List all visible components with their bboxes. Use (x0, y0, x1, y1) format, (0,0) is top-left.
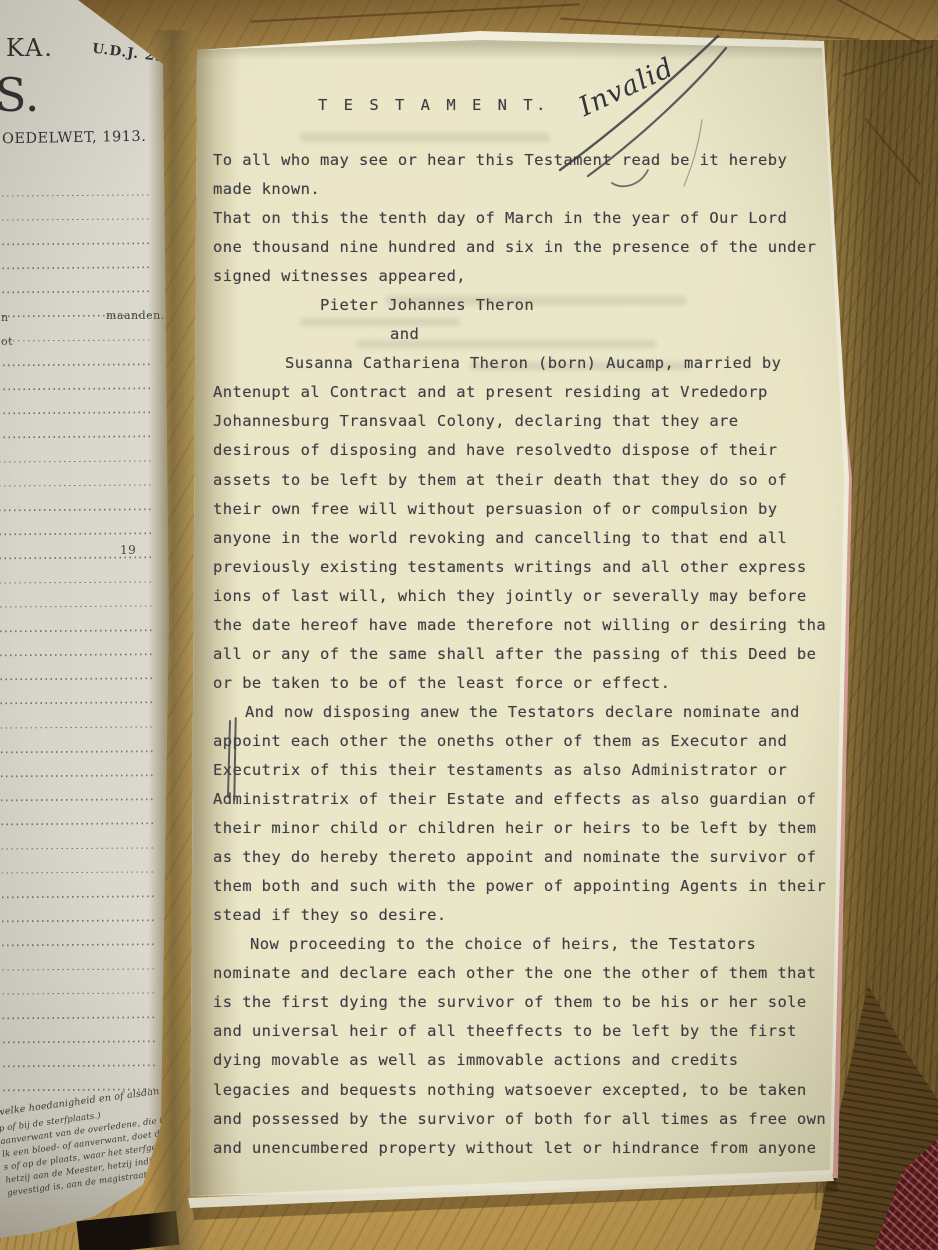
typed-line: appoint each other the oneths other of t… (213, 727, 853, 756)
typed-line: legacies and bequests nothing watsoever … (213, 1076, 853, 1105)
typed-line: as they do hereby thereto appoint and no… (213, 843, 853, 872)
typed-line: Now proceeding to the choice of heirs, t… (250, 930, 853, 959)
typed-line: one thousand nine hundred and six in the… (213, 233, 853, 262)
typed-line: all or any of the same shall after the p… (213, 640, 853, 669)
typed-line: Antenupt al Contract and at present resi… (213, 378, 853, 407)
typed-line: them both and such with the power of app… (213, 872, 853, 901)
typed-line: nominate and declare each other the one … (213, 959, 853, 988)
typed-line: stead if they so desire. (213, 901, 853, 930)
typed-line: their own free will without persuasion o… (213, 495, 853, 524)
typed-line: signed witnesses appeared, (213, 262, 853, 291)
typed-line: and (390, 320, 853, 349)
typed-line: assets to be left by them at their death… (213, 466, 853, 495)
typed-line: is the first dying the survivor of them … (213, 988, 853, 1017)
typed-line: and unencumbered property without let or… (213, 1134, 853, 1163)
typed-line: Susanna Cathariena Theron (born) Aucamp,… (285, 349, 853, 378)
typed-line: To all who may see or hear this Testamen… (213, 146, 853, 175)
typed-line: and possessed by the survivor of both fo… (213, 1105, 853, 1134)
typed-line: previously existing testaments writings … (213, 553, 853, 582)
typed-line: ions of last will, which they jointly or… (213, 582, 853, 611)
typed-line: anyone in the world revoking and cancell… (213, 524, 853, 553)
document-title: T E S T A M E N T. (318, 96, 549, 114)
typed-line: Administratrix of their Estate and effec… (213, 785, 853, 814)
typed-line: Johannesburg Transvaal Colony, declaring… (213, 407, 853, 436)
typed-line: or be taken to be of the least force or … (213, 669, 853, 698)
typed-line: And now disposing anew the Testators dec… (245, 698, 853, 727)
typed-lines: To all who may see or hear this Testamen… (213, 146, 853, 1163)
typed-line: and universal heir of all theeffects to … (213, 1017, 853, 1046)
typed-line: dying movable as well as immovable actio… (213, 1046, 853, 1075)
typed-line: made known. (213, 175, 853, 204)
typed-line: their minor child or children heir or he… (213, 814, 853, 843)
typed-content: T E S T A M E N T. To all who may see or… (0, 0, 938, 1250)
photographed-document: KA. U.D.J. 294. S. OEDELWET, 1913. maand… (0, 0, 938, 1250)
typed-line: desirous of disposing and have resolvedt… (213, 436, 853, 465)
typed-line: Pieter Johannes Theron (320, 291, 853, 320)
typed-line: Executrix of this their testaments as al… (213, 756, 853, 785)
typed-line: the date hereof have made therefore not … (213, 611, 853, 640)
typed-line: That on this the tenth day of March in t… (213, 204, 853, 233)
